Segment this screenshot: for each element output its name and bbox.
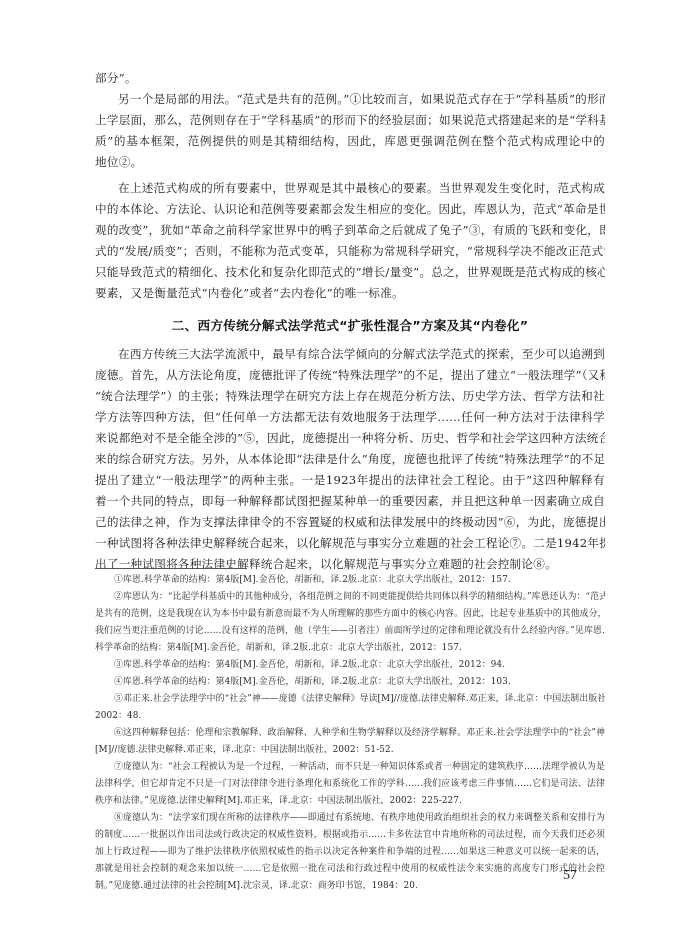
body-line: 在西方传统三大法学流派中，最早有综合法学倾向的分解式法学范式的探索，至少可以追溯… <box>95 344 605 365</box>
footnote-line: [M]//庞德.法律史解释.邓正来，译.北京：中国法制出版社，2002：51-5… <box>95 742 605 759</box>
body-line: 地位②。 <box>95 152 605 173</box>
body-line: 式的“发展/质变”；否则，不能称为范式变革，只能称为常规科学研究，“常规科学决不… <box>95 241 605 262</box>
section-heading: 二、西方传统分解式法学范式“扩张性混合”方案及其“内卷化” <box>95 315 605 337</box>
page-number: 57 <box>563 868 577 884</box>
footnote-line: ④库恩.科学革命的结构：第4版[M].金吾伦，胡新和，译.2版.北京：北京大学出… <box>95 674 605 691</box>
footnote-line: ⑥这四种解释包括：伦理和宗教解释、政治解释、人种学和生物学解释以及经济学解释。邓… <box>95 725 605 742</box>
footnote-line: 那就是用社会控制的观念来加以统一……它是依照一批在司法和行政过程中使用的权威性法… <box>95 861 605 878</box>
footnote-line: ⑤邓正来.社会学法理学中的“社会”神——庞德《法律史解释》导读[M]//庞德.法… <box>95 691 605 708</box>
footnote-line: ①库恩.科学革命的结构：第4版[M].金吾伦，胡新和，译.2版.北京：北京大学出… <box>95 572 605 589</box>
footnote-separator <box>95 568 247 569</box>
body-line: “统合法理学”）的主张；特殊法理学在研究方法上存在规范分析方法、历史学方法、哲学… <box>95 386 605 407</box>
body-line: 要素，又是衡量范式“内卷化”或者“去内卷化”的唯一标准。 <box>95 283 605 304</box>
body-line: 观的改变”，犹如“革命之前科学家世界中的鸭子到革命之后就成了兔子”③，有质的飞跃… <box>95 220 605 241</box>
footnote-line: ⑧庞德认为：“法学家们现在所称的法律秩序——即通过有系统地、有秩序地使用政治组织… <box>95 810 605 827</box>
body-line: 在上述范式构成的所有要素中，世界观是其中最核心的要素。当世界观发生变化时，范式构… <box>95 178 605 199</box>
footnote-line: ⑦庞德认为：“社会工程被认为是一个过程，一种活动，而不只是一种知识体系或者一种固… <box>95 759 605 776</box>
footnote-line: 科学革命的结构：第4版[M].金吾伦，胡新和，译.2版.北京：北京大学出版社，2… <box>95 640 605 657</box>
body-line: 质”的基本框架，范例提供的则是其精细结构，因此，库恩更强调范例在整个范式构成理论… <box>95 131 605 152</box>
body-line: 一种试图将各种法律史解释统合起来，以化解规范与事实分立难题的社会工程论⑦。二是1… <box>95 533 605 554</box>
body-line: 中的本体论、方法论、认识论和范例等要素都会发生相应的变化。因此，库恩认为，范式“… <box>95 199 605 220</box>
footnote-line: 制。”见庞德.通过法律的社会控制[M].沈宗灵，译.北京：商务印书馆，1984：… <box>95 878 605 895</box>
footnote-line: 的制度……一批据以作出司法或行政决定的权威性资料，根据或指示……卡多佐法官中肯地… <box>95 827 605 844</box>
footnote-line: ③库恩.科学革命的结构：第4版[M].金吾伦，胡新和，译.2版.北京：北京大学出… <box>95 657 605 674</box>
body-line: 上学层面，那么，范例则存在于“学科基质”的形而下的经验层面；如果说范式搭建起来的… <box>95 110 605 131</box>
body-line: 己的法律之神，作为支撑法律律令的不容置疑的权威和法律发展中的终极动因”⑥，为此，… <box>95 512 605 533</box>
footnote-line: 是共有的范例，这是我现在认为本书中最有新意而最不为人所理解的那些方面中的核心内容… <box>95 606 605 623</box>
body-line: 来说都绝对不是全能全涉的”⑤，因此，庞德提出一种将分析、历史、哲学和社会学这四种… <box>95 428 605 449</box>
body-line: 来的综合研究方法。另外，从本体论即“法律是什么”角度，庞德也批评了传统“特殊法理… <box>95 449 605 470</box>
footnote-line: ②库恩认为：“比起学科基质中的其他种成分，各组范例之间的不同更能提供给共同体以科… <box>95 589 605 606</box>
footnote-line: 秩序和法律。”见庞德.法律史解释[M].邓正来，译.北京：中国法制出版社，200… <box>95 793 605 810</box>
body-line: 庞德。首先，从方法论角度，庞德批评了传统“特殊法理学”的不足，提出了建立“一般法… <box>95 365 605 386</box>
footnote-line: 2002：48. <box>95 708 605 725</box>
footnote-line: 我们应当更注重范例的讨论……没有这样的范例，他（学生——引者注）前面所学过的定律… <box>95 623 605 640</box>
body-line: 另一个是局部的用法。“范式是共有的范例。”①比较而言，如果说范式存在于“学科基质… <box>95 89 605 110</box>
body-line: 部分”。 <box>95 68 605 89</box>
body-line: 学方法等四种方法，但“任何单一方法都无法有效地服务于法理学……任何一种方法对于法… <box>95 407 605 428</box>
body-line: 只能导致范式的精细化、技术化和复杂化即范式的“增长/量变”。总之，世界观既是范式… <box>95 262 605 283</box>
body-line: 着一个共同的特点，即每一种解释都试图把握某种单一的重要因素，并且把这种单一因素确… <box>95 491 605 512</box>
footnote-line: 法律科学，但它却肯定不只是一门对法律律令进行条理化和系统化工作的学科……我们应该… <box>95 776 605 793</box>
body-line: 提出了建立“一般法理学”的两种主张。一是1923年提出的法律社会工程论。由于“这… <box>95 470 605 491</box>
footnote-line: 加上行政过程——即为了维护法律秩序依照权威性的指示以决定各种案件和争端的过程……… <box>95 844 605 861</box>
